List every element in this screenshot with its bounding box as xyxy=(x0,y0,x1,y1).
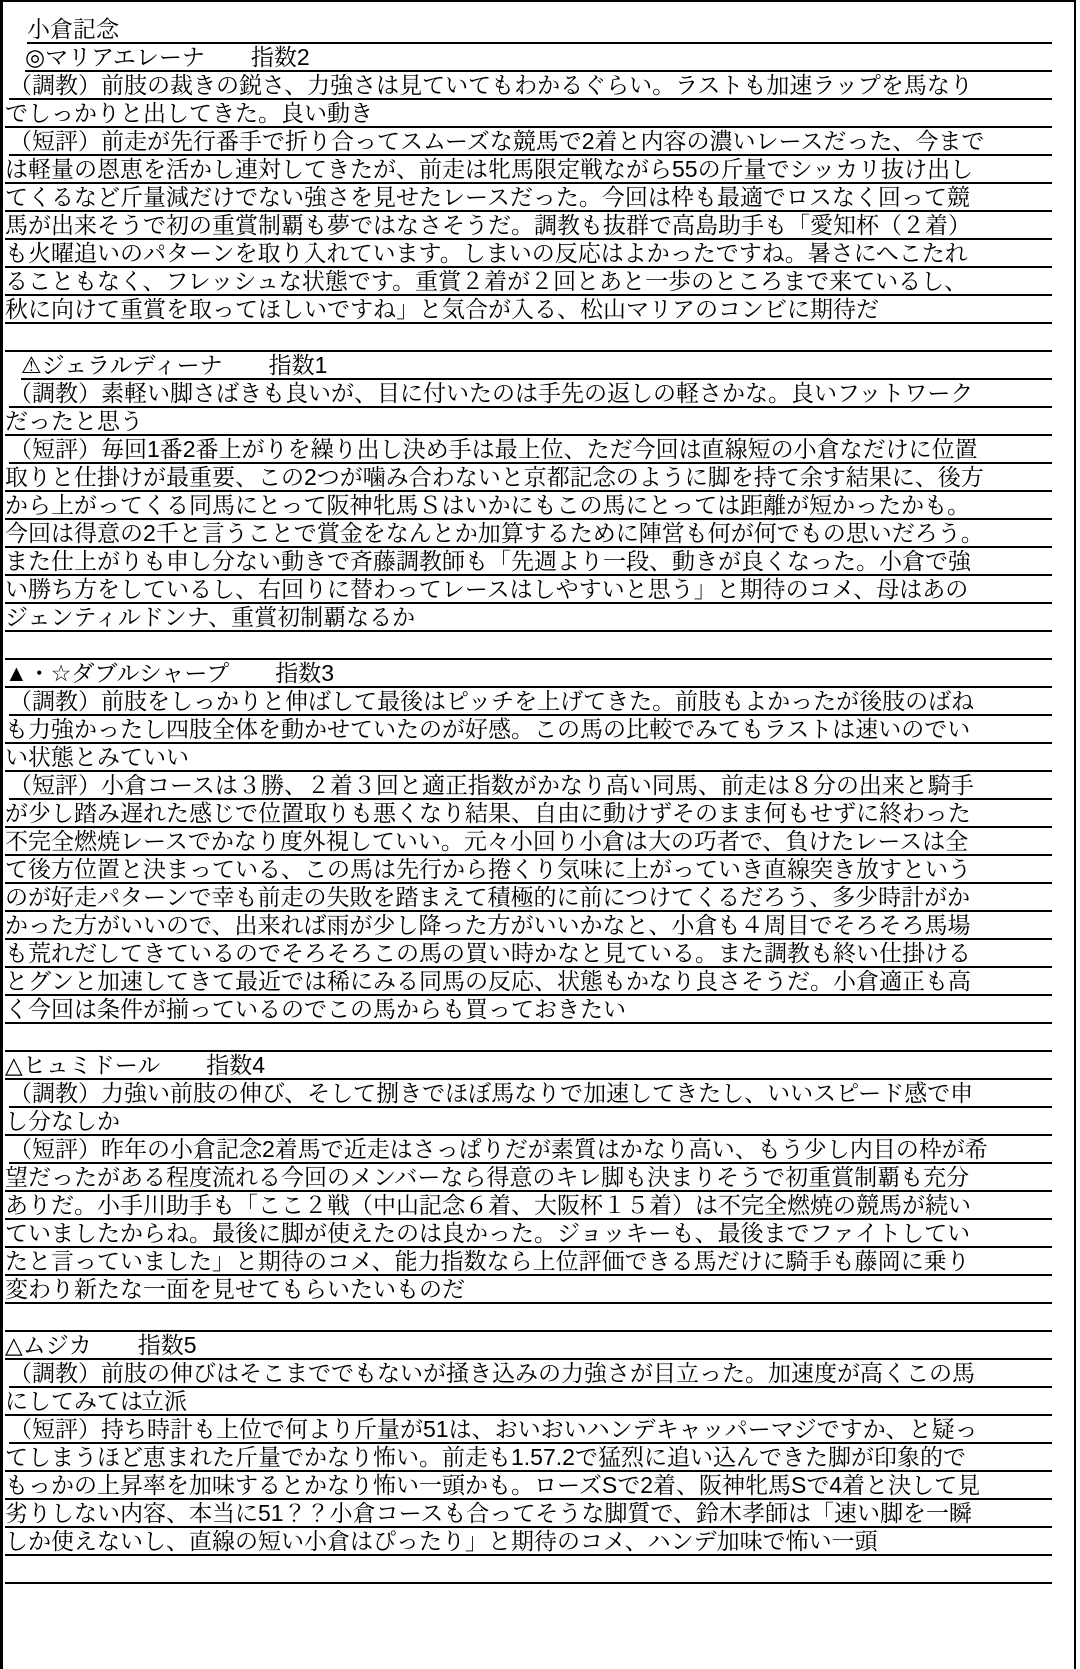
line-text: ジェンティルドンナ、重賞初制覇なるか xyxy=(5,604,415,630)
line-text: 小倉記念 xyxy=(27,16,119,42)
text-line[interactable]: たと言っていました」と期待のコメ、能力指数なら上位評価できる馬だけに騎手も藤岡に… xyxy=(5,1248,1052,1276)
text-line[interactable]: だったと思う xyxy=(5,408,1052,436)
line-text: （調教）前肢の裁きの鋭さ、力強さは見ていてもわかるぐらい。ラストも加速ラップを馬… xyxy=(9,72,973,98)
empty-line[interactable] xyxy=(5,1304,1052,1332)
text-line[interactable]: く今回は条件が揃っているのでこの馬からも買っておきたい xyxy=(5,996,1052,1024)
text-line[interactable]: が少し踏み遅れた感じで位置取りも悪くなり結果、自由に動けずそのまま何もせずに終わ… xyxy=(5,800,1052,828)
line-text: しか使えないし、直線の短い小倉はぴったり」と期待のコメ、ハンデ加味で怖い一頭 xyxy=(5,1528,878,1554)
line-text: とグンと加速してきて最近では稀にみる同馬の反応、状態もかなり良さそうだ。小倉適正… xyxy=(5,968,971,994)
text-line[interactable]: も荒れだしてきているのでそろそろこの馬の買い時かなと見ている。また調教も終い仕掛… xyxy=(5,940,1052,968)
text-line[interactable]: 望だったがある程度流れる今回のメンバーなら得意のキレ脚も決まりそうで初重賞制覇も… xyxy=(5,1164,1052,1192)
line-text: もっかの上昇率を加味するとかなり怖い一頭かも。ローズSで2着、阪神牝馬Sで4着と… xyxy=(5,1472,980,1498)
text-line[interactable]: のが好走パターンで幸も前走の失敗を踏まえて積極的に前につけてくるだろう、多少時計… xyxy=(5,884,1052,912)
line-text: ていましたからね。最後に脚が使えたのは良かった。ジョッキーも、最後までファイトし… xyxy=(5,1220,970,1246)
text-line[interactable]: 変わり新たな一面を見せてもらいたいものだ xyxy=(5,1276,1052,1304)
line-text: にしてみては xyxy=(5,1388,143,1414)
race-title-line[interactable]: 小倉記念 xyxy=(27,16,1052,44)
text-line[interactable]: て後方位置と決まっている、この馬は先行から捲くり気味に上がっていき直線突き放すと… xyxy=(5,856,1052,884)
text-line[interactable]: も力強かったし四肢全体を動かせていたのが好感。この馬の比較でみてもラストは速いの… xyxy=(5,716,1052,744)
text-line[interactable]: い状態とみていい xyxy=(5,744,1052,772)
line-text: だったと思う xyxy=(5,408,143,434)
line-text: （短評）昨年の小倉記念2着馬で近走はさっぱりだが素質はかなり高い、もう少し内目の… xyxy=(9,1136,988,1162)
text-line[interactable]: てしまうほど恵まれた斤量でかなり怖い。前走も1.57.2で猛烈に追い込んできた脚… xyxy=(5,1444,1052,1472)
text-line[interactable]: ジェンティルドンナ、重賞初制覇なるか xyxy=(5,604,1052,632)
empty-line[interactable] xyxy=(5,324,1052,352)
text-line[interactable]: しか使えないし、直線の短い小倉はぴったり」と期待のコメ、ハンデ加味で怖い一頭 xyxy=(5,1528,1052,1556)
text-line[interactable]: 馬が出来そうで初の重賞制覇も夢ではなさそうだ。調教も抜群で高島助手も「愛知杯（２… xyxy=(5,212,1052,240)
horse-header-line[interactable]: ▲・☆ダブルシャープ 指数3 xyxy=(5,660,1052,688)
text-line[interactable]: から上がってくる同馬にとって阪神牝馬Ｓはいかにもこの馬にとっては距離が短かったか… xyxy=(5,492,1052,520)
line-text: し分なしか xyxy=(5,1108,120,1134)
line-text: （調教）力強い前肢の伸び、そして捌きでほぼ馬なりで加速してきたし、いいスピード感… xyxy=(9,1080,973,1106)
text-line[interactable]: （短評）昨年の小倉記念2着馬で近走はさっぱりだが素質はかなり高い、もう少し内目の… xyxy=(9,1136,1052,1164)
document-page: 小倉記念◎マリアエレーナ 指数2（調教）前肢の裁きの鋭さ、力強さは見ていてもわか… xyxy=(0,0,1076,1669)
line-text: 取りと仕掛けが最重要、この2つが噛み合わないと京都記念のように脚を持て余す結果に… xyxy=(5,464,984,490)
line-text: ヒュミドール 指数4 xyxy=(23,1052,265,1078)
text-line[interactable]: 不完全燃焼レースでかなり度外視していい。元々小回り小倉は大の巧者で、負けたレース… xyxy=(5,828,1052,856)
text-line[interactable]: 秋に向けて重賞を取ってほしいですね」と気合が入る、松山マリアのコンビに期待だ xyxy=(5,296,1052,324)
line-text: でしっかりと出してきた。良い動き xyxy=(5,100,373,126)
text-line[interactable]: い勝ち方をしているし、右回りに替わってレースはしやすいと思う」と期待のコメ、母は… xyxy=(5,576,1052,604)
text-line[interactable]: （調教）前肢をしっかりと伸ばして最後はピッチを上げてきた。前肢もよかったが後肢の… xyxy=(9,688,1052,716)
text-line[interactable]: かった方がいいので、出来れば雨が少し降った方がいいかなと、小倉も４周目でそろそろ… xyxy=(5,912,1052,940)
line-text: ジェラルディーナ 指数1 xyxy=(42,352,328,378)
text-line[interactable]: は軽量の恩恵を活かし連対してきたが、前走は牝馬限定戦ながら55の斤量でシッカリ抜… xyxy=(5,156,1052,184)
line-text: 変わり新たな一面を見せてもらいたいものだ xyxy=(5,1276,465,1302)
text-line[interactable]: （短評）小倉コースは３勝、２着３回と適正指数がかなり高い同馬、前走は８分の出来と… xyxy=(9,772,1052,800)
double-circle-mark-icon: ◎ xyxy=(25,44,45,70)
white-triangle-mark-icon: △ xyxy=(5,1332,23,1358)
line-text: ダブルシャープ 指数3 xyxy=(71,660,334,686)
text-line[interactable]: （調教）力強い前肢の伸び、そして捌きでほぼ馬なりで加速してきたし、いいスピード感… xyxy=(9,1080,1052,1108)
line-text: たと言っていました」と期待のコメ、能力指数なら上位評価できる馬だけに騎手も藤岡に… xyxy=(5,1248,970,1274)
text-line[interactable]: （短評）持ち時計も上位で何より斤量が51は、おいおいハンデキャッパーマジですか、… xyxy=(9,1416,1052,1444)
text-line[interactable]: もっかの上昇率を加味するとかなり怖い一頭かも。ローズSで2着、阪神牝馬Sで4着と… xyxy=(5,1472,1052,1500)
horse-header-line[interactable]: △ムジカ 指数5 xyxy=(5,1332,1052,1360)
line-text: 立派 xyxy=(141,1388,187,1414)
text-line[interactable]: てくるなど斤量減だけでない強さを見せたレースだった。今回は枠も最適でロスなく回っ… xyxy=(5,184,1052,212)
line-text: から上がってくる同馬にとって阪神牝馬Ｓはいかにもこの馬にとっては距離が短かったか… xyxy=(5,492,970,518)
line-text: が少し踏み遅れた感じで位置取りも悪くなり結果、自由に動けずそのまま何もせずに終わ… xyxy=(5,800,971,826)
text-line[interactable]: （調教）素軽い脚さばきも良いが、目に付いたのは手先の返しの軽さかな。良いフットワ… xyxy=(9,380,1052,408)
text-line[interactable]: 劣りしない内容、本当に51？？小倉コースも合ってそうな脚質で、鈴木孝師は「速い脚… xyxy=(5,1500,1052,1528)
text-line[interactable]: も火曜追いのパターンを取り入れています。しまいの反応はよかったですね。暑さにへこ… xyxy=(5,240,1052,268)
line-text: 馬が出来そうで初の重賞制覇も夢ではなさそうだ。調教も抜群で高島助手も「愛知杯（２… xyxy=(5,212,971,238)
line-text: てしまうほど恵まれた斤量でかなり怖い。前走も1.57.2で猛烈に追い込んできた脚… xyxy=(5,1444,966,1470)
text-line[interactable]: 今回は得意の2千と言うことで賞金をなんとか加算するために陣営も何が何でもの思いだ… xyxy=(5,520,1052,548)
empty-line[interactable] xyxy=(5,632,1052,660)
warning-triangle-mark-icon: ⚠ xyxy=(21,352,42,378)
line-text: （短評）持ち時計も上位で何より斤量が51は、おいおいハンデキャッパーマジですか、… xyxy=(9,1416,978,1442)
empty-line[interactable] xyxy=(5,1024,1052,1052)
line-text: も火曜追いのパターンを取り入れています。しまいの反応はよかったですね。暑さにへこ… xyxy=(5,240,968,266)
line-text: （短評）毎回1番2番上がりを繰り出し決め手は最上位、ただ今回は直線短の小倉なだけ… xyxy=(9,436,978,462)
line-text: く今回は条件が揃っているのでこの馬からも買っておきたい xyxy=(5,996,626,1022)
line-text: も荒れだしてきているのでそろそろこの馬の買い時かなと見ている。また調教も終い仕掛… xyxy=(5,940,971,966)
line-text: ることもなく、フレッシュな状態です。重賞２着が２回とあと一歩のところまで来ている… xyxy=(5,268,967,294)
empty-line[interactable] xyxy=(5,1556,1052,1584)
line-text: （調教）前肢の伸びはそこまででもないが掻き込みの力強さが目立った。加速度が高くこ… xyxy=(9,1360,975,1386)
line-text: も力強かったし四肢全体を動かせていたのが好感。この馬の比較でみてもラストは速いの… xyxy=(5,716,970,742)
white-triangle-mark-icon: △ xyxy=(5,1052,23,1078)
line-text: い状態とみていい xyxy=(5,744,189,770)
line-text: 望だったがある程度流れる今回のメンバーなら得意のキレ脚も決まりそうで初重賞制覇も… xyxy=(5,1164,969,1190)
text-line[interactable]: し分なしか xyxy=(5,1108,1052,1136)
text-line[interactable]: ていましたからね。最後に脚が使えたのは良かった。ジョッキーも、最後までファイトし… xyxy=(5,1220,1052,1248)
text-line[interactable]: 取りと仕掛けが最重要、この2つが噛み合わないと京都記念のように脚を持て余す結果に… xyxy=(5,464,1052,492)
line-text: 不完全燃焼レースでかなり度外視していい。元々小回り小倉は大の巧者で、負けたレース… xyxy=(5,828,968,854)
line-text: い勝ち方をしているし、右回りに替わってレースはしやすいと思う」と期待のコメ、母は… xyxy=(5,576,968,602)
text-line[interactable]: にしてみては立派 xyxy=(5,1388,1052,1416)
text-line[interactable]: とグンと加速してきて最近では稀にみる同馬の反応、状態もかなり良さそうだ。小倉適正… xyxy=(5,968,1052,996)
horse-header-line[interactable]: △ヒュミドール 指数4 xyxy=(5,1052,1052,1080)
line-text: （短評）小倉コースは３勝、２着３回と適正指数がかなり高い同馬、前走は８分の出来と… xyxy=(9,772,974,798)
line-text: また仕上がりも申し分ない動きで斉藤調教師も「先週より一段、動きが良くなった。小倉… xyxy=(5,548,971,574)
text-line[interactable]: ることもなく、フレッシュな状態です。重賞２着が２回とあと一歩のところまで来ている… xyxy=(5,268,1052,296)
text-line[interactable]: ありだ。小手川助手も「ここ２戦（中山記念６着、大阪杯１５着）は不完全燃焼の競馬が… xyxy=(5,1192,1052,1220)
horse-header-line[interactable]: ⚠ジェラルディーナ 指数1 xyxy=(21,352,1052,380)
line-text: 秋に向けて重賞を取ってほしいですね」と気合が入る、松山マリアのコンビに期待だ xyxy=(5,296,879,322)
text-line[interactable]: （調教）前肢の伸びはそこまででもないが掻き込みの力強さが目立った。加速度が高くこ… xyxy=(9,1360,1052,1388)
document-body[interactable]: 小倉記念◎マリアエレーナ 指数2（調教）前肢の裁きの鋭さ、力強さは見ていてもわか… xyxy=(3,2,1074,1584)
text-line[interactable]: （短評）毎回1番2番上がりを繰り出し決め手は最上位、ただ今回は直線短の小倉なだけ… xyxy=(9,436,1052,464)
line-text: （調教）前肢をしっかりと伸ばして最後はピッチを上げてきた。前肢もよかったが後肢の… xyxy=(9,688,974,714)
line-text: マリアエレーナ 指数2 xyxy=(45,44,310,70)
line-text: ムジカ 指数5 xyxy=(23,1332,197,1358)
line-text: かった方がいいので、出来れば雨が少し降った方がいいかなと、小倉も４周目でそろそろ… xyxy=(5,912,971,938)
line-text: のが好走パターンで幸も前走の失敗を踏まえて積極的に前につけてくるだろう、多少時計… xyxy=(5,884,970,910)
line-text: ありだ。小手川助手も「ここ２戦（中山記念６着、大阪杯１５着）は不完全燃焼の競馬が… xyxy=(5,1192,971,1218)
text-line[interactable]: でしっかりと出してきた。良い動き xyxy=(5,100,1052,128)
text-line[interactable]: （調教）前肢の裁きの鋭さ、力強さは見ていてもわかるぐらい。ラストも加速ラップを馬… xyxy=(9,72,1052,100)
line-text: （調教）素軽い脚さばきも良いが、目に付いたのは手先の返しの軽さかな。良いフットワ… xyxy=(9,380,973,406)
line-text: 劣りしない内容、本当に51？？小倉コースも合ってそうな脚質で、鈴木孝師は「速い脚… xyxy=(5,1500,972,1526)
line-text: （短評）前走が先行番手で折り合ってスムーズな競馬で2着と内容の濃いレースだった、… xyxy=(9,128,984,154)
line-text: は軽量の恩恵を活かし連対してきたが、前走は牝馬限定戦ながら55の斤量でシッカリ抜… xyxy=(5,156,973,182)
text-line[interactable]: （短評）前走が先行番手で折り合ってスムーズな競馬で2着と内容の濃いレースだった、… xyxy=(9,128,1052,156)
text-line[interactable]: また仕上がりも申し分ない動きで斉藤調教師も「先週より一段、動きが良くなった。小倉… xyxy=(5,548,1052,576)
line-text: てくるなど斤量減だけでない強さを見せたレースだった。今回は枠も最適でロスなく回っ… xyxy=(5,184,970,210)
black-triangle-and-star-mark-icon: ▲・☆ xyxy=(5,660,71,686)
horse-header-line[interactable]: ◎マリアエレーナ 指数2 xyxy=(25,44,1052,72)
line-text: 今回は得意の2千と言うことで賞金をなんとか加算するために陣営も何が何でもの思いだ… xyxy=(5,520,984,546)
line-text: て後方位置と決まっている、この馬は先行から捲くり気味に上がっていき直線突き放すと… xyxy=(5,856,971,882)
